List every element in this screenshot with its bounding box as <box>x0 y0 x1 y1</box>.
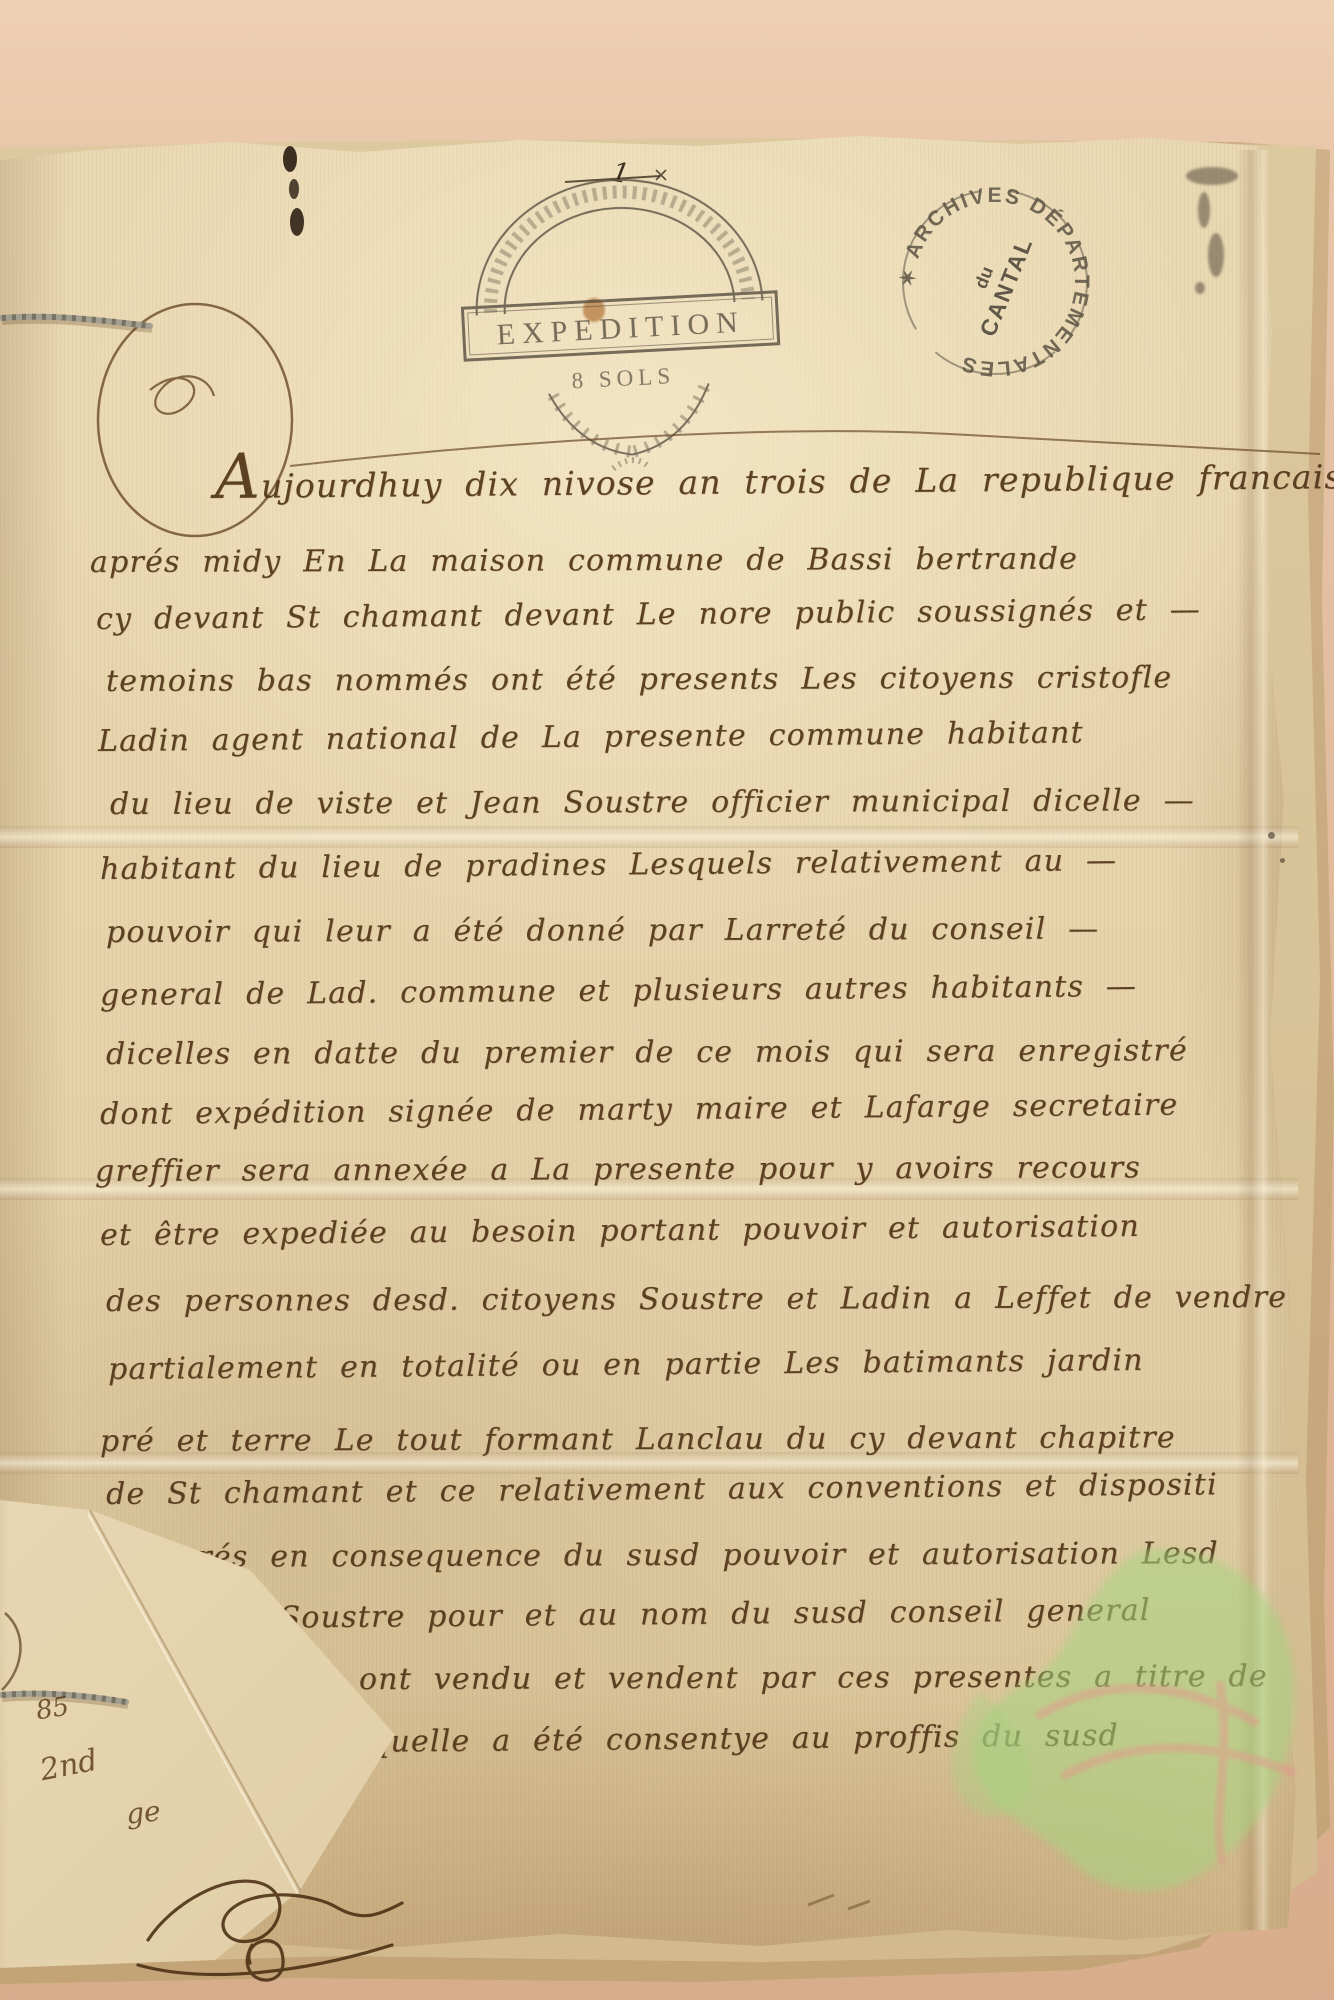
margin-note-85: 85 <box>34 1692 71 1727</box>
string-thread-top <box>0 300 175 345</box>
manuscript-line: dicelles en datte du premier de ce mois … <box>106 1033 1188 1072</box>
ink-blot <box>278 145 323 245</box>
photographed-manuscript-scene: 1 EXPEDITION 8 SOLS ✶ ARCHIVES DÉPARTEME… <box>0 0 1334 2000</box>
signature-paraph <box>130 1845 410 1985</box>
faded-ink-mark <box>1182 160 1262 300</box>
ink-spot <box>1268 832 1275 839</box>
manuscript-line: pouvoir qui leur a été donné par Larreté… <box>106 912 1099 950</box>
manuscript-line: aprés midy En La maison commune de Bassi… <box>90 542 1078 580</box>
opening-paraph <box>80 290 1330 560</box>
ink-spot <box>1280 858 1285 863</box>
manuscript-line: temoins bas nommés ont été presents Les … <box>106 660 1172 699</box>
stray-marks <box>800 1875 890 1920</box>
manuscript-line: des personnes desd. citoyens Soustre et … <box>106 1280 1287 1319</box>
green-watermark <box>920 1530 1334 1930</box>
manuscript-line: greffier sera annexée a La presente pour… <box>95 1150 1141 1189</box>
paraph-swirl <box>150 376 214 414</box>
manuscript-line: pré et terre Le tout formant Lanclau du … <box>100 1420 1176 1459</box>
margin-flourish <box>0 1608 50 1703</box>
margin-note-ge: ge <box>124 1794 162 1830</box>
manuscript-line: du lieu de viste et Jean Soustre officie… <box>110 783 1195 822</box>
